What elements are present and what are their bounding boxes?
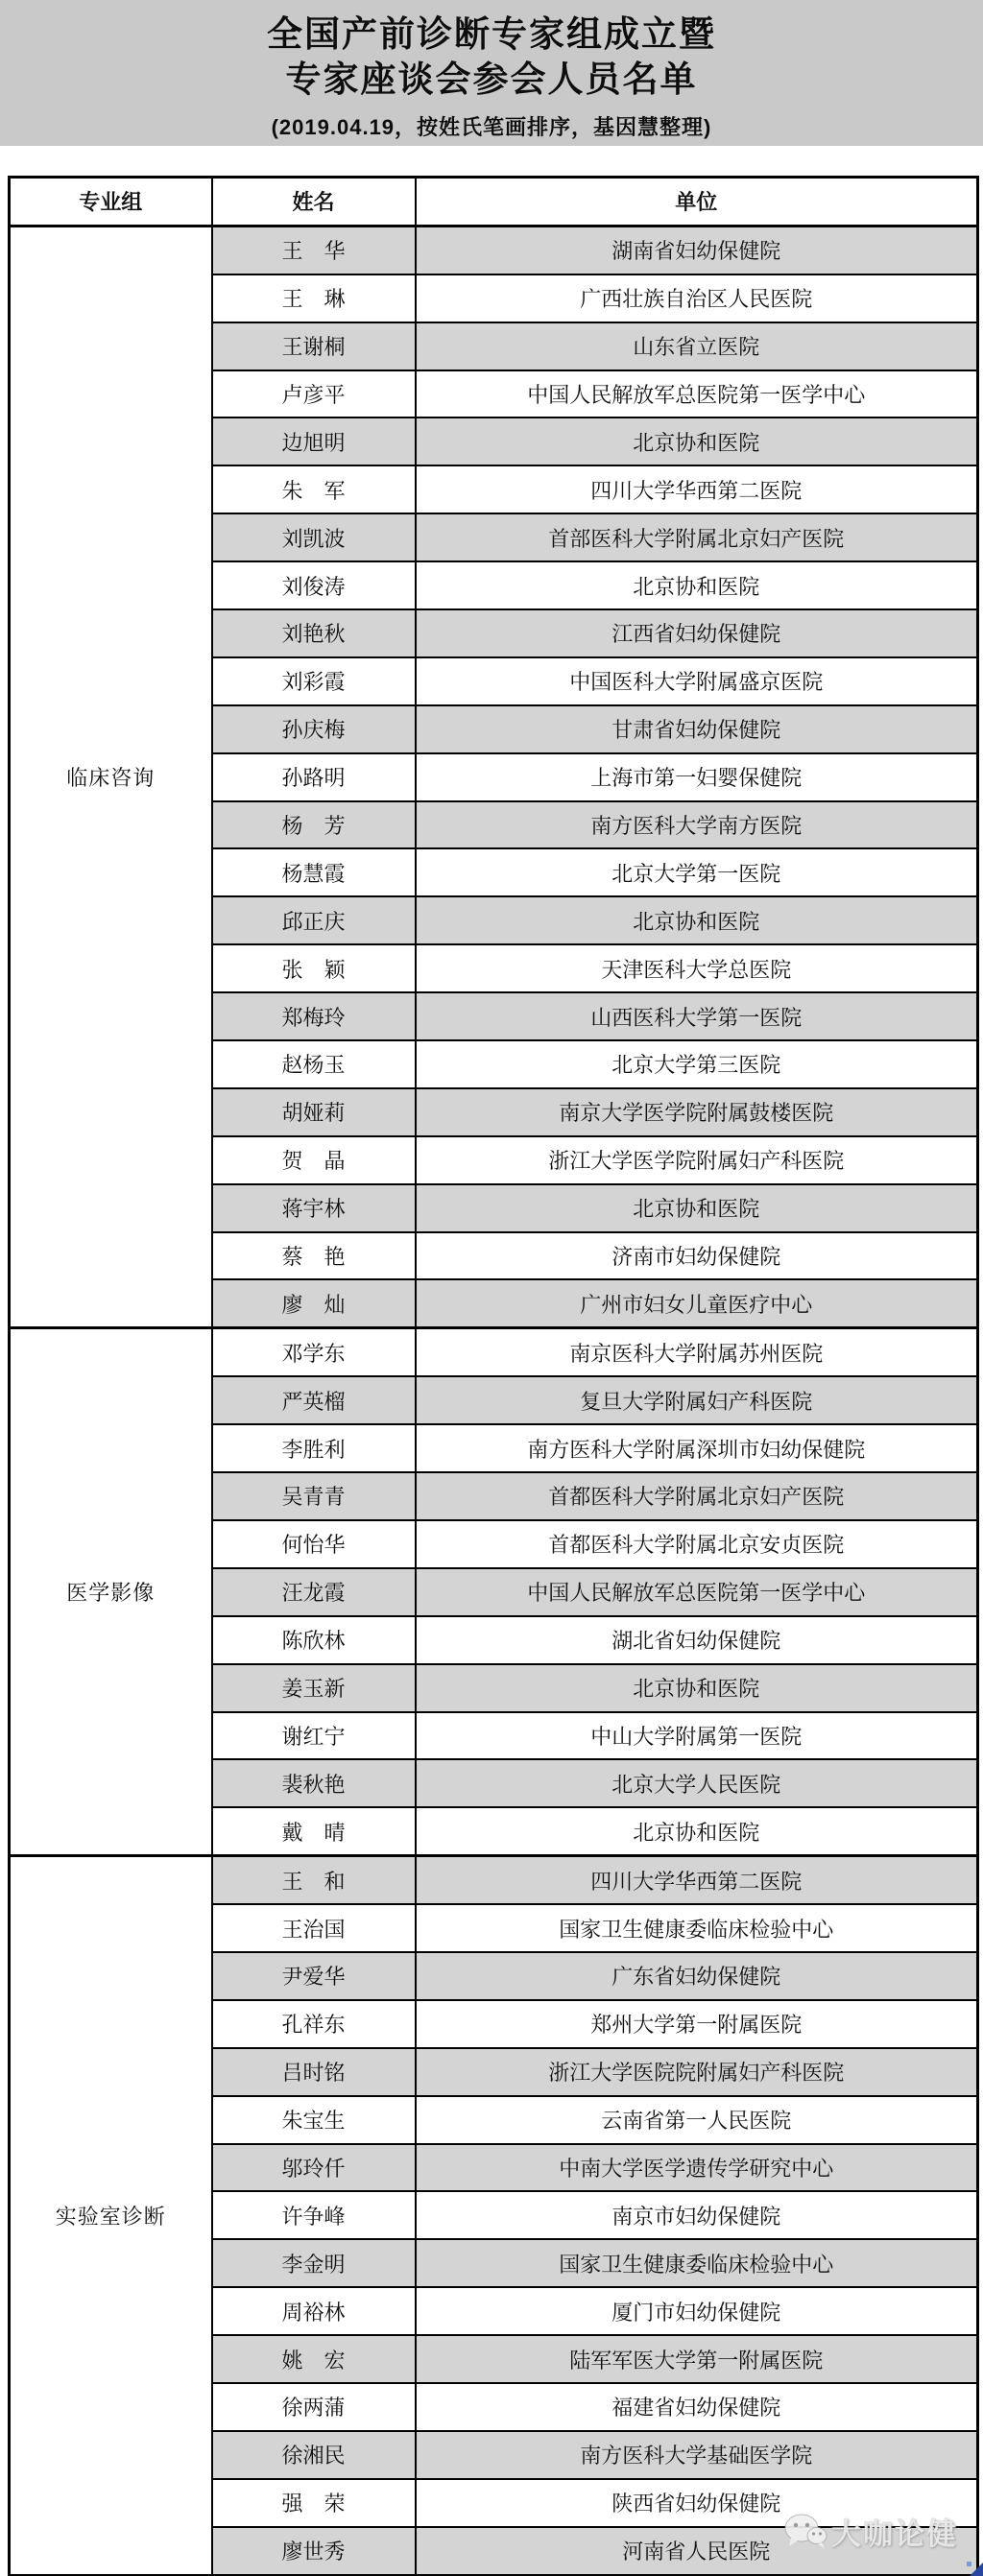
name-cell: 邓学东 [212, 1328, 416, 1376]
unit-cell: 国家卫生健康委临床检验中心 [416, 1904, 978, 1952]
unit-cell: 湖北省妇幼保健院 [416, 1616, 978, 1664]
name-cell: 贺 晶 [212, 1136, 416, 1184]
unit-cell: 广西壮族自治区人民医院 [416, 274, 978, 322]
table-row: 医学影像邓学东南京医科大学附属苏州医院 [10, 1328, 978, 1376]
unit-cell: 北京协和医院 [416, 1184, 978, 1232]
name-cell: 谢红宁 [212, 1712, 416, 1760]
page-subtitle: (2019.04.19，按姓氏笔画排序，基因慧整理) [0, 111, 983, 141]
unit-cell: 北京大学第三医院 [416, 1040, 978, 1088]
name-cell: 徐两蒲 [212, 2383, 416, 2431]
unit-cell: 云南省第一人民医院 [416, 2096, 978, 2144]
unit-cell: 河南省人民医院 [416, 2527, 978, 2575]
name-cell: 吕时铭 [212, 2048, 416, 2096]
group-cell: 医学影像 [10, 1328, 212, 1856]
roster-table: 专业组 姓名 单位 临床咨询王 华湖南省妇幼保健院王 琳广西壮族自治区人民医院王… [8, 176, 979, 2576]
unit-cell: 北京协和医院 [416, 417, 978, 465]
unit-cell: 南京医科大学附属苏州医院 [416, 1328, 978, 1376]
unit-cell: 福建省妇幼保健院 [416, 2383, 978, 2431]
unit-cell: 中国人民解放军总医院第一医学中心 [416, 1568, 978, 1616]
name-cell: 张 颖 [212, 944, 416, 992]
name-cell: 李金明 [212, 2239, 416, 2287]
name-cell: 廖世秀 [212, 2527, 416, 2575]
unit-cell: 北京协和医院 [416, 1664, 978, 1712]
header-name: 姓名 [212, 178, 416, 227]
unit-cell: 北京大学人民医院 [416, 1759, 978, 1807]
unit-cell: 江西省妇幼保健院 [416, 609, 978, 657]
unit-cell: 北京协和医院 [416, 1807, 978, 1855]
name-cell: 尹爱华 [212, 1952, 416, 2000]
name-cell: 边旭明 [212, 417, 416, 465]
name-cell: 王治国 [212, 1904, 416, 1952]
unit-cell: 广东省妇幼保健院 [416, 1952, 978, 2000]
name-cell: 李胜利 [212, 1424, 416, 1472]
name-cell: 邱正庆 [212, 896, 416, 944]
name-cell: 孙路明 [212, 753, 416, 801]
name-cell: 刘彩霞 [212, 657, 416, 705]
unit-cell: 首都医科大学附属北京妇产医院 [416, 1472, 978, 1520]
unit-cell: 中国医科大学附属盛京医院 [416, 657, 978, 705]
name-cell: 刘俊涛 [212, 561, 416, 609]
name-cell: 朱宝生 [212, 2096, 416, 2144]
name-cell: 蒋宇林 [212, 1184, 416, 1232]
unit-cell: 北京协和医院 [416, 561, 978, 609]
name-cell: 徐湘民 [212, 2431, 416, 2479]
header-unit: 单位 [416, 178, 978, 227]
name-cell: 孔祥东 [212, 2000, 416, 2048]
unit-cell: 复旦大学附属妇产科医院 [416, 1376, 978, 1424]
table-row: 实验室诊断王 和四川大学华西第二医院 [10, 1856, 978, 1904]
name-cell: 赵杨玉 [212, 1040, 416, 1088]
name-cell: 何怡华 [212, 1520, 416, 1568]
unit-cell: 浙江大学医学院附属妇产科医院 [416, 1136, 978, 1184]
unit-cell: 陕西省妇幼保健院 [416, 2479, 978, 2527]
unit-cell: 中山大学附属第一医院 [416, 1712, 978, 1760]
blue-corner-mark [966, 2559, 983, 2576]
page: 全国产前诊断专家组成立暨 专家座谈会参会人员名单 (2019.04.19，按姓氏… [0, 0, 983, 2576]
name-cell: 汪龙霞 [212, 1568, 416, 1616]
header-group: 专业组 [10, 178, 212, 227]
name-cell: 许争峰 [212, 2191, 416, 2239]
name-cell: 邬玲仟 [212, 2144, 416, 2192]
name-cell: 胡娅莉 [212, 1088, 416, 1136]
name-cell: 刘艳秋 [212, 609, 416, 657]
title-band: 全国产前诊断专家组成立暨 专家座谈会参会人员名单 (2019.04.19，按姓氏… [0, 0, 983, 146]
name-cell: 周裕林 [212, 2287, 416, 2335]
name-cell: 王 琳 [212, 274, 416, 322]
name-cell: 廖 灿 [212, 1279, 416, 1327]
unit-cell: 南方医科大学南方医院 [416, 801, 978, 849]
unit-cell: 四川大学华西第二医院 [416, 465, 978, 513]
unit-cell: 广州市妇女儿童医疗中心 [416, 1279, 978, 1327]
blue-corner-dot [967, 2562, 971, 2566]
unit-cell: 上海市第一妇婴保健院 [416, 753, 978, 801]
group-cell: 临床咨询 [10, 226, 212, 1327]
unit-cell: 南京大学医学院附属鼓楼医院 [416, 1088, 978, 1136]
unit-cell: 厦门市妇幼保健院 [416, 2287, 978, 2335]
unit-cell: 郑州大学第一附属医院 [416, 2000, 978, 2048]
page-title-line2: 专家座谈会参会人员名单 [0, 57, 983, 102]
name-cell: 严英榴 [212, 1376, 416, 1424]
unit-cell: 南方医科大学附属深圳市妇幼保健院 [416, 1424, 978, 1472]
header-row: 专业组 姓名 单位 [10, 178, 978, 227]
unit-cell: 南京市妇幼保健院 [416, 2191, 978, 2239]
unit-cell: 中南大学医学遗传学研究中心 [416, 2144, 978, 2192]
name-cell: 姜玉新 [212, 1664, 416, 1712]
unit-cell: 山东省立医院 [416, 322, 978, 370]
name-cell: 吴青青 [212, 1472, 416, 1520]
name-cell: 戴 晴 [212, 1807, 416, 1855]
unit-cell: 湖南省妇幼保健院 [416, 226, 978, 274]
unit-cell: 首部医科大学附属北京妇产医院 [416, 513, 978, 561]
unit-cell: 北京大学第一医院 [416, 848, 978, 896]
roster-table-body: 临床咨询王 华湖南省妇幼保健院王 琳广西壮族自治区人民医院王谢桐山东省立医院卢彦… [10, 226, 978, 2575]
name-cell: 陈欣林 [212, 1616, 416, 1664]
unit-cell: 济南市妇幼保健院 [416, 1232, 978, 1280]
blue-corner-triangle [970, 2563, 983, 2576]
name-cell: 孙庆梅 [212, 705, 416, 753]
name-cell: 裴秋艳 [212, 1759, 416, 1807]
group-cell: 实验室诊断 [10, 1856, 212, 2575]
unit-cell: 中国人民解放军总医院第一医学中心 [416, 370, 978, 418]
unit-cell: 首都医科大学附属北京安贞医院 [416, 1520, 978, 1568]
unit-cell: 陆军军医大学第一附属医院 [416, 2335, 978, 2383]
name-cell: 姚 宏 [212, 2335, 416, 2383]
name-cell: 王谢桐 [212, 322, 416, 370]
unit-cell: 浙江大学医院院附属妇产科医院 [416, 2048, 978, 2096]
unit-cell: 北京协和医院 [416, 896, 978, 944]
unit-cell: 甘肃省妇幼保健院 [416, 705, 978, 753]
name-cell: 王 和 [212, 1856, 416, 1904]
name-cell: 强 荣 [212, 2479, 416, 2527]
name-cell: 王 华 [212, 226, 416, 274]
name-cell: 杨慧霞 [212, 848, 416, 896]
unit-cell: 南方医科大学基础医学院 [416, 2431, 978, 2479]
unit-cell: 山西医科大学第一医院 [416, 992, 978, 1040]
name-cell: 郑梅玲 [212, 992, 416, 1040]
name-cell: 朱 军 [212, 465, 416, 513]
name-cell: 杨 芳 [212, 801, 416, 849]
unit-cell: 四川大学华西第二医院 [416, 1856, 978, 1904]
unit-cell: 国家卫生健康委临床检验中心 [416, 2239, 978, 2287]
name-cell: 蔡 艳 [212, 1232, 416, 1280]
name-cell: 刘凯波 [212, 513, 416, 561]
name-cell: 卢彦平 [212, 370, 416, 418]
page-title-line1: 全国产前诊断专家组成立暨 [0, 12, 983, 57]
table-row: 临床咨询王 华湖南省妇幼保健院 [10, 226, 978, 274]
unit-cell: 天津医科大学总医院 [416, 944, 978, 992]
